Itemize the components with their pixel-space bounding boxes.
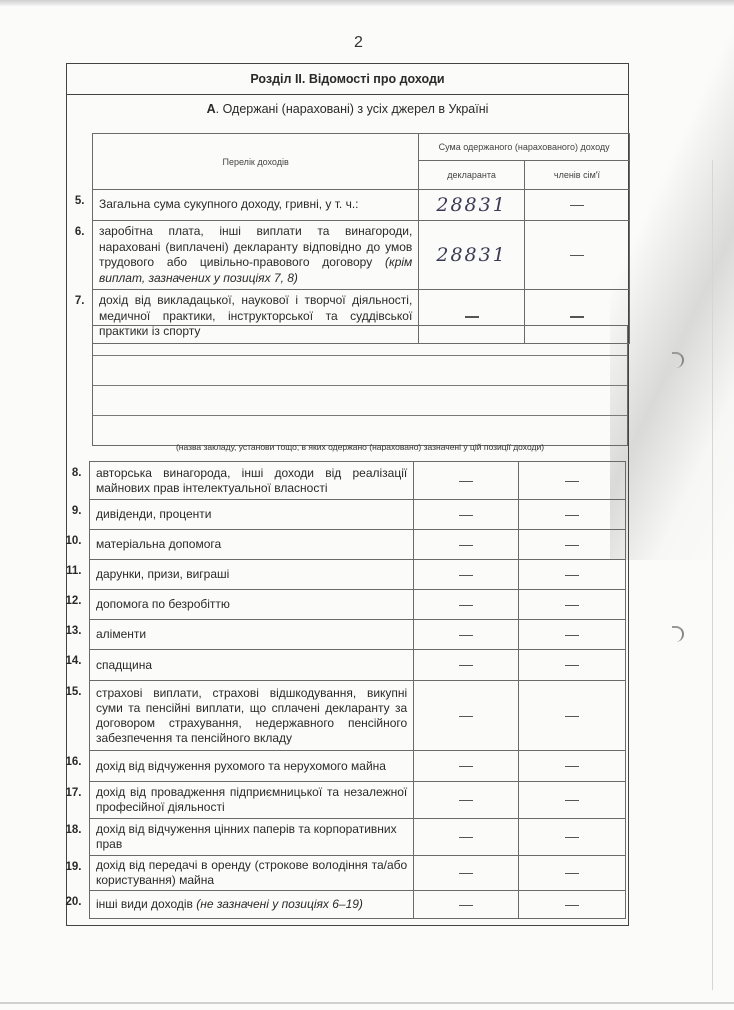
header-income-sum: Сума одержаного (нарахованого) доходу [419,134,630,161]
family-amount-cell[interactable] [524,221,629,290]
row-number: 6. [63,226,85,238]
declarant-dash [459,800,473,801]
row-number: 11. [60,565,82,577]
institution-name-box[interactable] [92,325,628,446]
income-description: дохід від відчуження рухомого та нерухом… [90,751,414,782]
declarant-dash [459,481,473,482]
income-description: матеріальна допомога [90,530,414,560]
declarant-dash [459,766,473,767]
declarant-handwritten-value: 28831 [436,244,506,266]
section-title: Розділ ІІ. Відомості про доходи [67,64,628,95]
family-dash [565,575,579,576]
row-number: 5. [63,195,85,207]
family-amount-cell[interactable] [524,190,629,221]
declarant-amount-cell[interactable]: 28831 [419,221,525,290]
income-row: дохід від провадження підприємницької та… [90,782,626,819]
declarant-dash [459,905,473,906]
income-row: матеріальна допомога [90,530,626,560]
family-dash [570,205,584,206]
declarant-handwritten-value: 28831 [436,194,506,216]
declarant-amount-cell[interactable] [414,620,519,650]
declarant-dash [459,635,473,636]
subsection-text: . Одержані (нараховані) з усіх джерел в … [216,102,489,116]
declarant-amount-cell[interactable] [414,462,519,500]
punch-hole-mark [672,626,684,642]
family-dash [565,605,579,606]
declarant-amount-cell[interactable] [414,650,519,681]
declarant-dash [459,873,473,874]
row-number: 18. [60,824,82,836]
income-row: дохід від відчуження рухомого та нерухом… [90,751,626,782]
header-income-list: Перелік доходів [93,134,419,190]
declarant-amount-cell[interactable] [414,590,519,620]
family-dash [565,837,579,838]
income-row: дохід від відчуження цінних паперів та к… [90,819,626,856]
family-dash [565,716,579,717]
declarant-dash [459,605,473,606]
subsection-title: А. Одержані (нараховані) з усіх джерел в… [67,95,628,124]
family-dash [565,665,579,666]
income-row: аліменти [90,620,626,650]
income-description: спадщина [90,650,414,681]
family-amount-cell[interactable] [519,620,626,650]
header-family: членів сім'ї [524,161,629,190]
family-amount-cell[interactable] [519,891,626,919]
family-amount-cell[interactable] [519,530,626,560]
family-dash [565,800,579,801]
income-description: допомога по безробіттю [90,590,414,620]
family-dash [565,873,579,874]
declarant-amount-cell[interactable] [414,681,519,751]
family-amount-cell[interactable] [519,782,626,819]
family-dash [570,316,584,317]
declarant-amount-cell[interactable]: 28831 [419,190,525,221]
row-number: 12. [60,595,82,607]
income-description: дохід від провадження підприємницької та… [90,782,414,819]
row-number: 13. [60,625,82,637]
row-number: 7. [63,295,85,307]
declarant-amount-cell[interactable] [414,500,519,530]
declarant-amount-cell[interactable] [414,891,519,919]
income-row: заробітна плата, інші виплати та винагор… [93,221,630,290]
income-description: дарунки, призи, виграші [90,560,414,590]
income-row: дохід від передачі в оренду (строкове во… [90,856,626,891]
declarant-dash [459,837,473,838]
declarant-dash [459,545,473,546]
row-number: 8. [60,467,82,479]
family-dash [565,481,579,482]
family-amount-cell[interactable] [519,560,626,590]
family-amount-cell[interactable] [519,500,626,530]
family-dash [570,255,584,256]
family-amount-cell[interactable] [519,856,626,891]
declarant-amount-cell[interactable] [414,856,519,891]
declarant-dash [459,575,473,576]
income-description: дивіденди, проценти [90,500,414,530]
income-description: дохід від передачі в оренду (строкове во… [90,856,414,891]
page-right-edge [712,160,713,990]
declarant-dash [459,515,473,516]
row-number: 20. [60,896,82,908]
income-description: дохід від відчуження цінних паперів та к… [90,819,414,856]
income-table-top: Перелік доходів Сума одержаного (нарахов… [92,133,630,344]
declarant-dash [459,716,473,717]
income-table-bottom: авторська винагорода, інші доходи від ре… [89,461,626,919]
family-amount-cell[interactable] [519,650,626,681]
income-row: страхові виплати, страхові відшкодування… [90,681,626,751]
institution-line[interactable] [93,356,627,386]
income-description: Загальна сума сукупного доходу, гривні, … [93,190,419,221]
income-row: допомога по безробіттю [90,590,626,620]
income-description: аліменти [90,620,414,650]
income-description: страхові виплати, страхові відшкодування… [90,681,414,751]
family-dash [565,905,579,906]
row-number: 19. [60,861,82,873]
header-declarant: декларанта [419,161,525,190]
family-amount-cell[interactable] [519,751,626,782]
family-amount-cell[interactable] [519,462,626,500]
row-number: 14. [60,655,82,667]
income-description: заробітна плата, інші виплати та винагор… [93,221,419,290]
page-bottom-edge [0,1002,734,1004]
row-number: 9. [60,505,82,517]
institution-line[interactable] [93,416,627,445]
page-number: 2 [354,34,363,52]
income-row: Загальна сума сукупного доходу, гривні, … [93,190,630,221]
income-description: інші види доходів (не зазначені у позиці… [90,891,414,919]
declarant-dash [465,316,479,317]
income-description: авторська винагорода, інші доходи від ре… [90,462,414,500]
institution-line[interactable] [93,326,627,356]
family-amount-cell[interactable] [519,590,626,620]
family-amount-cell[interactable] [519,819,626,856]
family-dash [565,515,579,516]
row-number: 17. [60,787,82,799]
row-number: 16. [60,756,82,768]
family-dash [565,635,579,636]
declarant-amount-cell[interactable] [414,530,519,560]
family-dash [565,766,579,767]
subsection-letter: А [207,102,216,116]
declarant-amount-cell[interactable] [414,751,519,782]
income-row: дарунки, призи, виграші [90,560,626,590]
declarant-amount-cell[interactable] [414,782,519,819]
row-number: 10. [60,535,82,547]
declarant-dash [459,665,473,666]
income-row: авторська винагорода, інші доходи від ре… [90,462,626,500]
income-row: дивіденди, проценти [90,500,626,530]
family-amount-cell[interactable] [519,681,626,751]
income-row: інші види доходів (не зазначені у позиці… [90,891,626,919]
income-row: спадщина [90,650,626,681]
row-number: 15. [60,686,82,698]
family-dash [565,545,579,546]
declarant-amount-cell[interactable] [414,560,519,590]
institution-caption: (назва закладу, установи тощо, в яких од… [92,442,628,452]
institution-line[interactable] [93,386,627,416]
declarant-amount-cell[interactable] [414,819,519,856]
